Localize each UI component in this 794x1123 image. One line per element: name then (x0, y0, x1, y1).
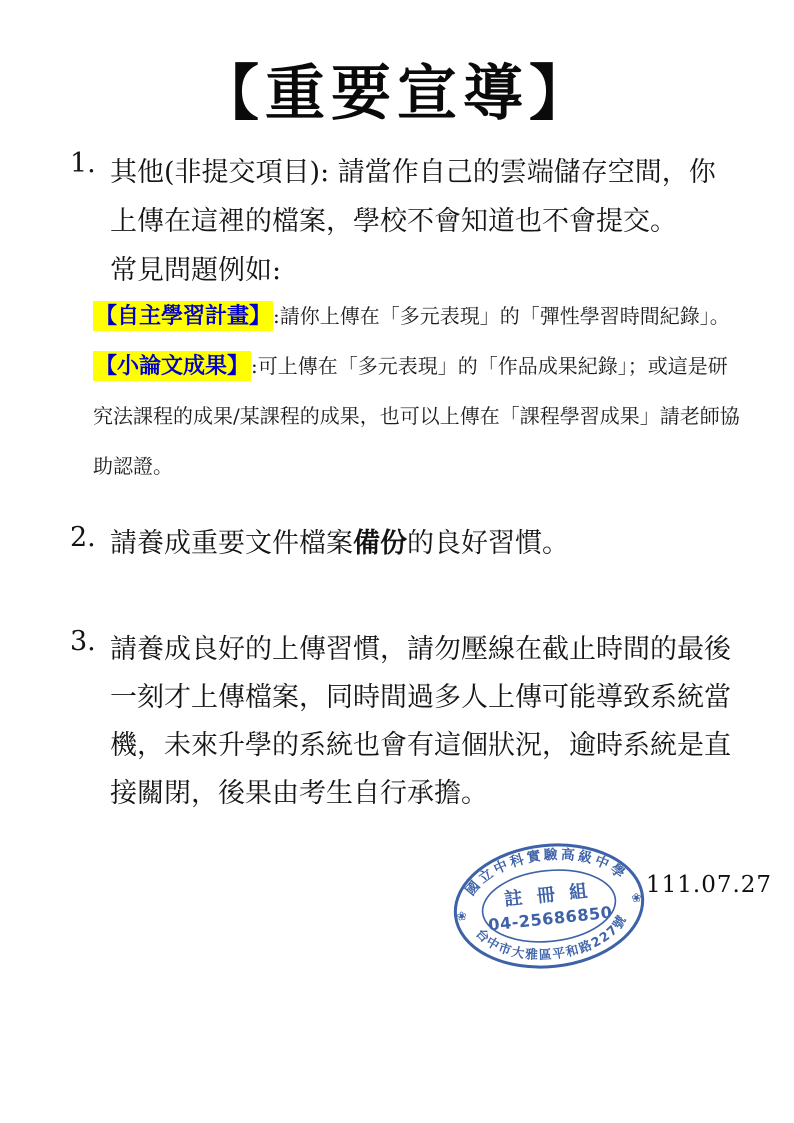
list-item-1-number: 1. (70, 148, 110, 179)
highlight-label-mini-thesis: 【小論文成果】 (93, 351, 251, 381)
list-item-3: 3. 請養成良好的上傳習慣，請勿壓線在截止時間的最後 一刻才上傳檔案，同時間過多… (70, 626, 750, 818)
date-label: 111.07.27 (646, 872, 772, 898)
list-item-2-prefix: 請養成重要文件檔案 (110, 528, 353, 559)
document-page: 【重要宣導】 1. 其他(非提交項目): 請當作自己的雲端儲存空間，你 上傳在這… (0, 0, 794, 1123)
flower-icon: ❀ (456, 909, 468, 924)
list-item-1-line-3: 常見問題例如: (110, 246, 750, 295)
list-item-2-number: 2. (70, 522, 110, 553)
list-item-2-bold-word: 備份 (353, 528, 407, 559)
school-seal-stamp: 國立中科實驗高級中學 台中市大雅區平和路227號 ❀ ❀ 註 冊 組 04-25… (450, 840, 648, 972)
faq-entry-self-learning: 【自主學習計畫】:請你上傳在「多元表現」的「彈性學習時間紀錄」。 (93, 291, 741, 341)
flower-icon: ❀ (631, 890, 643, 905)
faq-entry-mini-thesis: 【小論文成果】:可上傳在「多元表現」的「作品成果紀錄」；或這是研究法課程的成果/… (93, 341, 741, 491)
page-title: 【重要宣導】 (0, 46, 794, 132)
list-item-3-line-1: 請養成良好的上傳習慣，請勿壓線在截止時間的最後 (110, 626, 750, 674)
list-item-1-line-1: 其他(非提交項目): 請當作自己的雲端儲存空間，你 (110, 148, 750, 197)
list-item-1: 1. 其他(非提交項目): 請當作自己的雲端儲存空間，你 上傳在這裡的檔案，學校… (70, 148, 750, 295)
list-item-2: 2. 請養成重要文件檔案備份的良好習慣。 (70, 522, 750, 566)
faq-block: 【自主學習計畫】:請你上傳在「多元表現」的「彈性學習時間紀錄」。 【小論文成果】… (93, 291, 741, 491)
list-item-3-number: 3. (70, 626, 110, 657)
list-item-3-line-4: 接關閉，後果由考生自行承擔。 (110, 770, 750, 818)
highlight-label-self-learning: 【自主學習計畫】 (93, 301, 273, 331)
list-item-2-line: 請養成重要文件檔案備份的良好習慣。 (110, 522, 750, 566)
list-item-3-line-2: 一刻才上傳檔案，同時間過多人上傳可能導致系統當 (110, 674, 750, 722)
list-item-3-body: 請養成良好的上傳習慣，請勿壓線在截止時間的最後 一刻才上傳檔案，同時間過多人上傳… (110, 626, 750, 818)
list-item-1-body: 其他(非提交項目): 請當作自己的雲端儲存空間，你 上傳在這裡的檔案，學校不會知… (110, 148, 750, 295)
list-item-1-line-2: 上傳在這裡的檔案，學校不會知道也不會提交。 (110, 197, 750, 246)
list-item-2-suffix: 的良好習慣。 (407, 528, 569, 559)
list-item-3-line-3: 機，未來升學的系統也會有這個狀況，逾時系統是直 (110, 722, 750, 770)
faq-entry-self-learning-text: :請你上傳在「多元表現」的「彈性學習時間紀錄」。 (273, 304, 730, 328)
